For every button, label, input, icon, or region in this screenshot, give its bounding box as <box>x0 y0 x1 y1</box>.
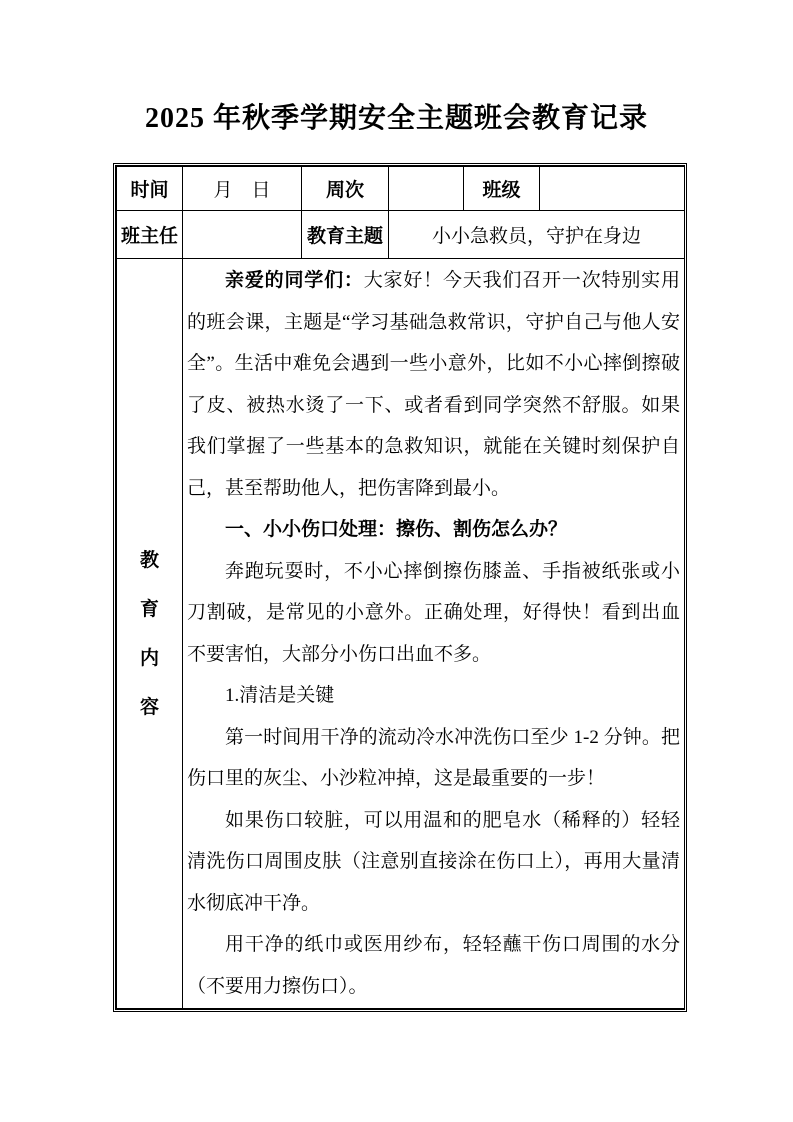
class-value-cell <box>540 167 685 211</box>
content-label-vertical: 教 育 内 容 <box>121 536 178 732</box>
week-label: 周次 <box>302 167 389 211</box>
paragraph-intro-lead: 亲爱的同学们： <box>225 270 364 291</box>
subsection-heading: 1.清洁是关键 <box>187 675 680 717</box>
teacher-value-cell <box>183 211 302 259</box>
table-row-content: 教 育 内 容 亲爱的同学们：大家好！今天我们召开一次特别实用的班会课，主题是“… <box>117 259 685 1009</box>
paragraph: 用干净的纸巾或医用纱布，轻轻蘸干伤口周围的水分（不要用力擦伤口）。 <box>187 924 680 1007</box>
class-label: 班级 <box>464 167 540 211</box>
time-value-cell: 月 日 <box>183 167 302 211</box>
document-page: 2025 年秋季学期安全主题班会教育记录 时间 月 日 周次 班级 班主任 <box>0 0 793 1122</box>
teacher-label: 班主任 <box>117 211 183 259</box>
theme-label: 教育主题 <box>302 211 389 259</box>
table-row-teacher-theme: 班主任 教育主题 小小急救员，守护在身边 <box>117 211 685 259</box>
record-table-border: 时间 月 日 周次 班级 班主任 教育主题 小小急救员，守护在身边 教 育 内 <box>113 163 687 1012</box>
content-label-char: 容 <box>140 683 159 732</box>
paragraph-intro-text: 大家好！今天我们召开一次特别实用的班会课，主题是“学习基础急救常识，守护自己与他… <box>187 270 680 499</box>
theme-value-cell: 小小急救员，守护在身边 <box>389 211 685 259</box>
content-label-char: 教 <box>140 536 159 585</box>
week-value-cell <box>389 167 464 211</box>
paragraph-intro: 亲爱的同学们：大家好！今天我们召开一次特别实用的班会课，主题是“学习基础急救常识… <box>187 260 680 509</box>
paragraph: 如果伤口较脏，可以用温和的肥皂水（稀释的）轻轻清洗伤口周围皮肤（注意别直接涂在伤… <box>187 800 680 925</box>
content-label-char: 育 <box>140 585 159 634</box>
page-title: 2025 年秋季学期安全主题班会教育记录 <box>0 96 793 136</box>
table-row-time: 时间 月 日 周次 班级 <box>117 167 685 211</box>
section-heading: 一、小小伤口处理：擦伤、割伤怎么办？ <box>187 509 680 551</box>
time-label: 时间 <box>117 167 183 211</box>
content-label-char: 内 <box>140 634 159 683</box>
content-label: 教 育 内 容 <box>117 259 183 1009</box>
content-cell: 亲爱的同学们：大家好！今天我们召开一次特别实用的班会课，主题是“学习基础急救常识… <box>183 259 685 1009</box>
paragraph: 奔跑玩耍时，不小心摔倒擦伤膝盖、手指被纸张或小刀割破，是常见的小意外。正确处理，… <box>187 551 680 676</box>
record-table: 时间 月 日 周次 班级 班主任 教育主题 小小急救员，守护在身边 教 育 内 <box>116 166 685 1009</box>
paragraph: 第一时间用干净的流动冷水冲洗伤口至少 1-2 分钟。把伤口里的灰尘、小沙粒冲掉，… <box>187 717 680 800</box>
